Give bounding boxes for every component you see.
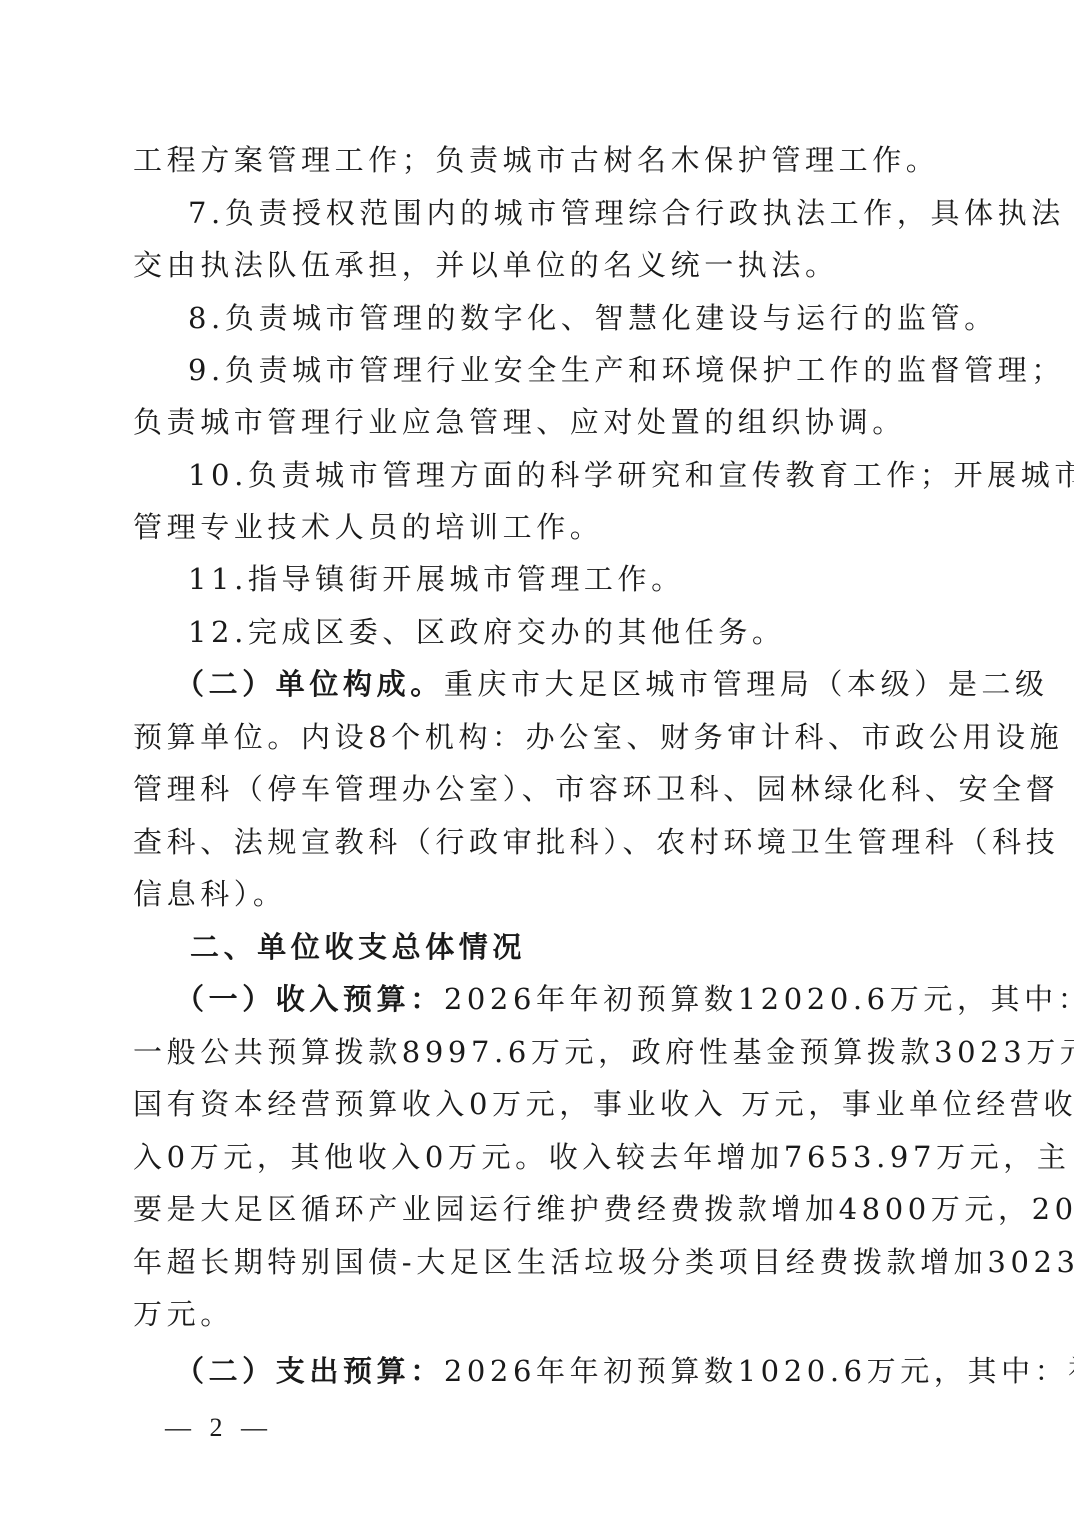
list-item-12: 12.完成区委、区政府交办的其他任务。 [188,614,945,650]
text-line: 交由执法队伍承担，并以单位的名义统一执法。 [133,247,945,283]
unit-composition-label: （二）单位构成。 [175,667,444,701]
list-item-7: 7.负责授权范围内的城市管理综合行政执法工作，具体执法 [188,195,945,231]
document-page: 工程方案管理工作；负责城市古树名木保护管理工作。 7.负责授权范围内的城市管理综… [0,0,1074,1520]
income-text: 2026年年初预算数12020.6万元，其中： [444,982,1074,1016]
text-line: 负责城市管理行业应急管理、应对处置的组织协调。 [133,404,945,440]
text-line: 要是大足区循环产业园运行维护费经费拨款增加4800万元，2025 [133,1191,945,1227]
list-item-8: 8.负责城市管理的数字化、智慧化建设与运行的监管。 [188,300,945,336]
text-line: 预算单位。内设8个机构：办公室、财务审计科、市政公用设施 [133,719,945,755]
income-label: （一）收入预算： [175,982,444,1016]
list-item-11: 11.指导镇街开展城市管理工作。 [188,561,945,597]
text-line: 查科、法规宣教科（行政审批科）、农村环境卫生管理科（科技 [133,824,945,860]
text-line: 入0万元，其他收入0万元。收入较去年增加7653.97万元，主 [133,1139,945,1175]
unit-composition-text: 重庆市大足区城市管理局（本级）是二级 [444,667,1049,701]
text-line: 年超长期特别国债-大足区生活垃圾分类项目经费拨款增加3023 [133,1244,945,1280]
expenditure-paragraph-start: （二）支出预算：2026年年初预算数1020.6万元，其中：社 [175,1353,945,1389]
text-line: 管理科（停车管理办公室）、市容环卫科、园林绿化科、安全督 [133,771,945,807]
text-line: 工程方案管理工作；负责城市古树名木保护管理工作。 [133,142,945,178]
income-paragraph-start: （一）收入预算：2026年年初预算数12020.6万元，其中： [175,981,945,1017]
unit-composition-paragraph-start: （二）单位构成。重庆市大足区城市管理局（本级）是二级 [175,666,945,702]
expenditure-label: （二）支出预算： [175,1354,444,1388]
expenditure-text: 2026年年初预算数1020.6万元，其中：社 [444,1354,1074,1388]
section-heading: 二、单位收支总体情况 [190,929,947,965]
text-line: 信息科）。 [133,876,945,912]
list-item-9: 9.负责城市管理行业安全生产和环境保护工作的监督管理； [188,352,945,388]
text-line: 万元。 [133,1296,945,1332]
text-line: 国有资本经营预算收入0万元，事业收入 万元，事业单位经营收 [133,1086,945,1122]
page-number: — 2 — [165,1413,273,1443]
text-line: 管理专业技术人员的培训工作。 [133,509,945,545]
text-line: 一般公共预算拨款8997.6万元，政府性基金预算拨款3023万元， [133,1034,945,1070]
list-item-10: 10.负责城市管理方面的科学研究和宣传教育工作；开展城市 [188,457,945,493]
